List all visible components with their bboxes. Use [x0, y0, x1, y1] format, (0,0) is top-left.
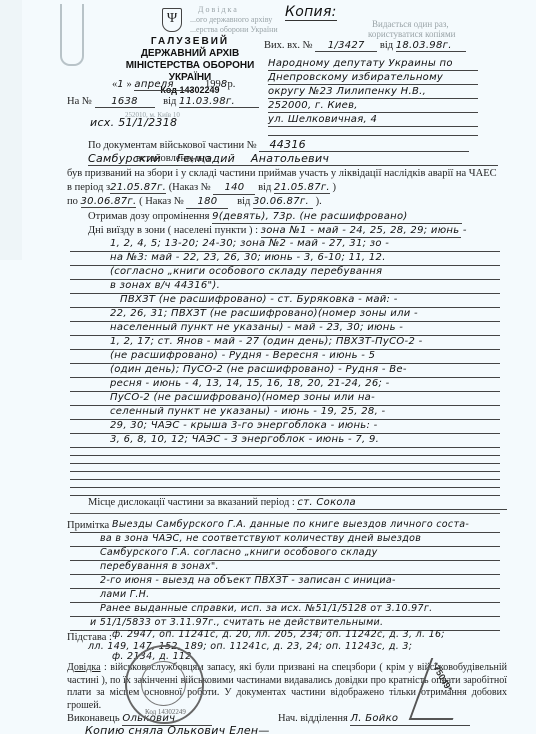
reference-line: На № 1638 від 11.03.98г.	[67, 96, 259, 108]
document-page: Ψ Довідка ...ого державного архіву ...ер…	[0, 0, 536, 734]
list-item: Выезды Самбурского Г.А. данные по книге …	[70, 519, 500, 533]
stamp-small-line2: ...ерства оборони України	[190, 25, 278, 34]
list-item: (один день); ПуСО-2 (не расшифровано) - …	[70, 364, 500, 378]
dose-value: 9(девять), 73р. (не расшифровано)	[212, 210, 462, 224]
reference-label: Довідка	[67, 662, 101, 673]
recipient-line2: Днепровскому избирательному	[268, 71, 478, 85]
list-item: ва в зона ЧАЭС, не соответствуют количес…	[70, 533, 500, 547]
unit-number: 44316	[259, 138, 469, 152]
trips-line-0: зона №1 - май - 24, 25, 28, 29; июнь -	[261, 224, 461, 238]
recipient-block: Народному депутату Украины по Днепровско…	[268, 57, 478, 136]
org-line1: ГАЛУЗЕВИЙ	[110, 36, 270, 48]
org-line2: ДЕРЖАВНИЙ АРХІВ	[110, 48, 270, 60]
recipient-line1: Народному депутату Украины по	[268, 57, 478, 71]
case-number: исх. 51/1/2318	[90, 116, 177, 129]
outgoing-line: Вих. вх. № 1/3427 від 18.03.98г.	[264, 40, 466, 52]
divider	[70, 513, 500, 514]
outgoing-number: 1/3427	[315, 40, 377, 52]
list-item: в зонах в/ч 44316").	[70, 280, 500, 294]
period-from-line: в період з21.05.87г. (Наказ № 140 від 21…	[67, 181, 336, 195]
copy-mark: Копия:	[285, 4, 337, 21]
list-item: Самбурского Г.А. согласно „книги особово…	[70, 547, 500, 561]
list-item: ресня - июнь - 4, 13, 14, 15, 16, 18, 20…	[70, 378, 500, 392]
list-item: (не расшифровано) - Рудня - Вересня - ию…	[70, 350, 500, 364]
outgoing-date: 18.03.98г.	[396, 40, 466, 52]
date-month: апреля	[134, 79, 194, 91]
trips-list: 1, 2, 4, 5; 13-20; 24-30; зона №2 - май …	[70, 238, 500, 496]
basis-line-0: ф. 2947, оп. 11241с, д. 20, лл. 205, 234…	[112, 629, 445, 640]
stamp-small-title: Довідка	[198, 5, 239, 14]
full-name: Самбурский Геннадий Анатольевич	[88, 152, 498, 166]
dose-line: Отримав дозу опромінення 9(девять), 73р.…	[88, 210, 462, 224]
issued-once: Видається один раз,	[372, 19, 449, 29]
list-item: ПуСО-2 (не расшифровано)(номер зоны или …	[70, 392, 500, 406]
order2-number: 180	[186, 195, 228, 209]
ref-number: 1638	[95, 96, 155, 108]
participation-text: був призваний на збори і у складі частин…	[67, 167, 497, 180]
list-item: населенный пункт не указаны) - май - 23,…	[70, 322, 500, 336]
recipient-line4: 252000, г. Киев,	[268, 99, 478, 113]
scan-edge	[0, 0, 22, 260]
order1-number: 140	[213, 181, 255, 195]
ref-date: 11.03.98г.	[179, 96, 259, 108]
list-item: 2-го июня - выезд на объект ПВХЗТ - запи…	[70, 575, 500, 589]
stamp-small-line1: ...ого державного архіву	[190, 15, 272, 24]
paperclip-icon	[60, 4, 84, 66]
location-value: ст. Сокола	[297, 496, 507, 510]
list-item: 29, 30; ЧАЭС - крыша 3-го энергоблока - …	[70, 420, 500, 434]
period-to: 30.06.87г.	[81, 196, 137, 208]
stamp-code: Код 14302249	[145, 708, 186, 716]
list-item: (согласно „книги особового складу перебу…	[70, 266, 500, 280]
period-from: 21.05.87г.	[110, 182, 166, 194]
date-day: 1	[117, 79, 124, 90]
copy-note: Копию сняла Олькович Елен—	[85, 724, 270, 734]
list-item: Ранее выданные справки, исп. за исх. №51…	[70, 603, 500, 617]
list-item: 22, 26, 31; ПВХЗТ (не расшифровано)(номе…	[70, 308, 500, 322]
order2-date: 30.06.87г.	[253, 195, 313, 209]
location-line: Місце дислокації частини за вказаний пер…	[88, 496, 507, 510]
list-item: 1, 2, 17; ст. Янов - май - 27 (один день…	[70, 336, 500, 350]
list-item: 3, 6, 8, 10, 12; ЧАЭС - 3 энергоблок - и…	[70, 434, 500, 448]
list-item: лами Г.Н.	[70, 589, 500, 603]
recipient-line5: ул. Шелковичная, 4	[268, 113, 478, 127]
list-item: селенный пункт не указаны) - июнь - 19, …	[70, 406, 500, 420]
trips-line: Дні виїзду в зони ( населені пункти ) : …	[88, 224, 461, 238]
recipient-line3: округу №23 Лилипенку Н.В.,	[268, 85, 478, 99]
list-item: на №3: май - 22, 23, 26, 30; июнь - 3, 6…	[70, 252, 500, 266]
issued-note: користуватися копіями	[368, 29, 455, 39]
period-to-line: по 30.06.87г. ( Наказ № 180 від 30.06.87…	[67, 195, 322, 209]
order1-date: 21.05.87г.	[274, 182, 330, 194]
issue-date: «1 » апреля 1998р.	[112, 79, 235, 91]
list-item: ПВХЗТ (не расшифровано) - ст. Бурякoвка …	[70, 294, 500, 308]
list-item: 1, 2, 4, 5; 13-20; 24-30; зона №2 - май …	[70, 238, 500, 252]
trident-emblem-icon: Ψ	[162, 8, 182, 32]
note-list: Выезды Самбурского Г.А. данные по книге …	[70, 519, 500, 631]
list-item: перебування в зонах".	[70, 561, 500, 575]
org-line3: МІНІСТЕРСТВА ОБОРОНИ	[110, 60, 270, 72]
